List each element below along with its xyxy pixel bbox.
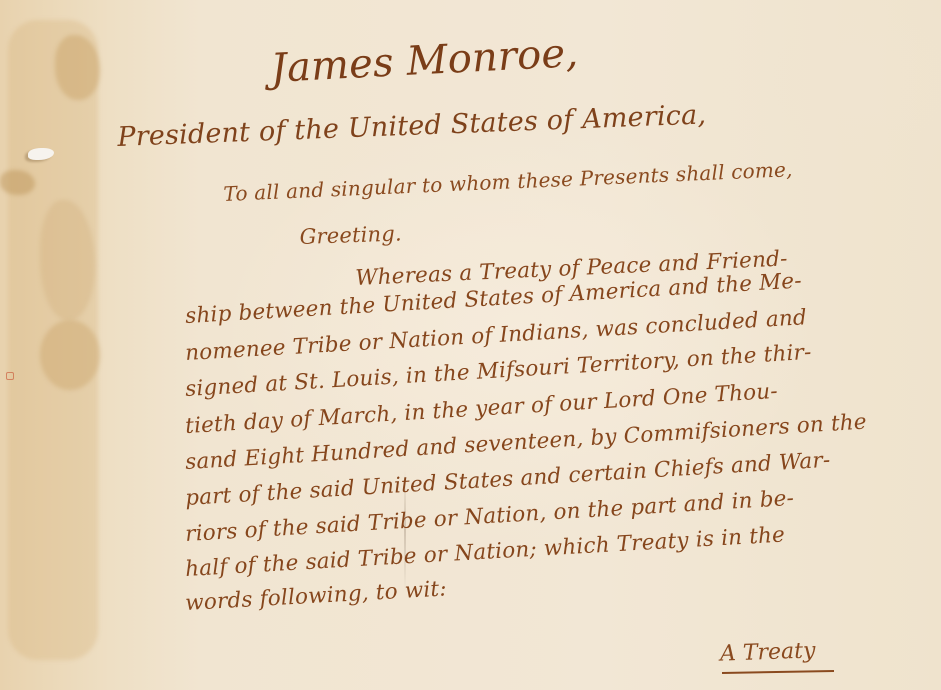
body-line: words following, to wit: xyxy=(185,576,448,616)
catchword-underline xyxy=(722,670,834,673)
document-subheading: President of the United States of Americ… xyxy=(117,99,707,153)
manuscript-page: James Monroe, President of the United St… xyxy=(0,0,941,690)
water-stain xyxy=(0,170,35,195)
greeting: Greeting. xyxy=(299,221,402,249)
address-line: To all and singular to whom these Presen… xyxy=(223,157,793,206)
edge-mark xyxy=(6,372,14,380)
document-heading: James Monroe, xyxy=(270,30,580,92)
water-stain xyxy=(40,320,100,390)
catchword: A Treaty xyxy=(720,638,816,666)
